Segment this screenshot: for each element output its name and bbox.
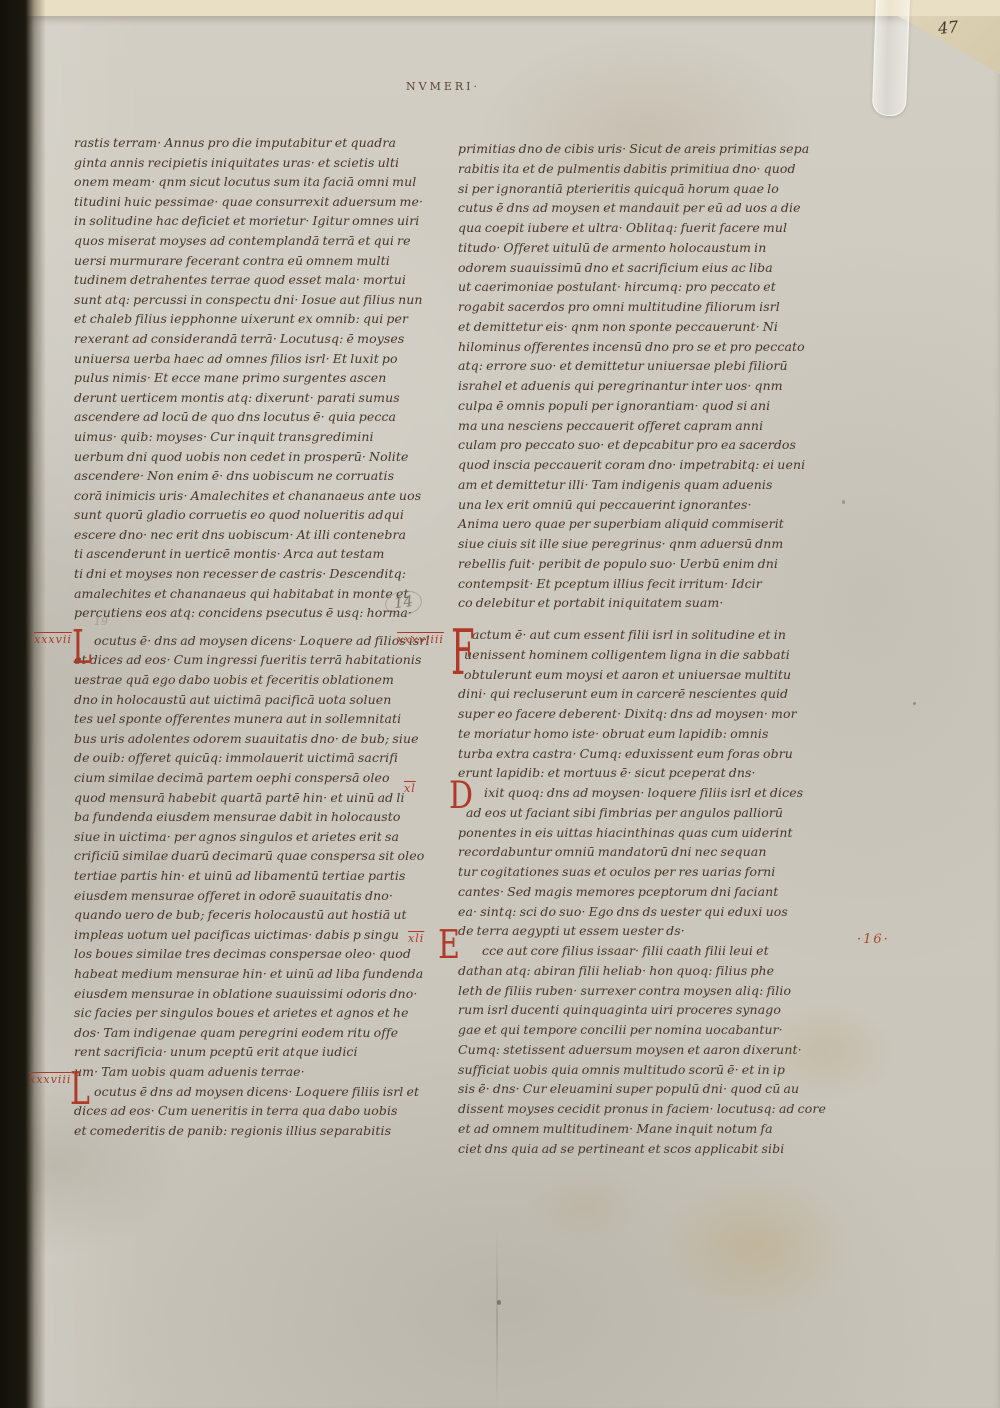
text-line: sufficiat uobis quia omnis multitudo sco… [458, 1060, 810, 1080]
pencil-note: 19 [94, 615, 108, 628]
text-line: obtulerunt eum moysi et aaron et uniuers… [458, 665, 810, 685]
text-line: super eo facere deberent· Dixitq: dns ad… [458, 704, 810, 724]
text-line: et comederitis de panib: regionis illius… [74, 1121, 426, 1141]
text-line: ixit quoq: dns ad moysen· loquere filiis… [458, 783, 810, 803]
text-line: te moriatur homo iste· obruat eum lapidi… [458, 724, 810, 744]
text-line: amalechites et chananaeus qui habitabat … [74, 584, 426, 604]
text-line: um· Tam uobis quam aduenis terrae· [74, 1062, 426, 1082]
text-line: cce aut core filius issaar· filii caath … [458, 941, 810, 961]
text-line: in solitudine hac deficiet et morietur· … [74, 211, 426, 231]
text-line: ocutus ē· dns ad moysen dicens· Loquere … [74, 631, 426, 651]
text-line: bus uris adolentes odorem suauitatis dno… [74, 729, 426, 749]
text-line: tudinem detrahentes terrae quod esset ma… [74, 270, 426, 290]
text-line: cium similae decimā partem oephi consper… [74, 768, 426, 788]
text-line: et demittetur eis· qnm non sponte peccau… [458, 317, 810, 337]
text-line: onem meam· qnm sicut locutus sum ita fac… [74, 172, 426, 192]
text-line: gae et qui tempore concilii per nomina u… [458, 1020, 810, 1040]
text-line: Anima uero quae per superbiam aliquid co… [458, 514, 810, 534]
text-line: tertiae partis hin· et uinū ad libamentū… [74, 866, 426, 886]
text-line: ponentes in eis uittas hiacinthinas quas… [458, 823, 810, 843]
text-line: quod mensurā habebit quartā partē hin· e… [74, 788, 426, 808]
text-line: crificiū similae duarū decimarū quae con… [74, 846, 426, 866]
text-line: ocutus ē dns ad moysen dicens· Loquere f… [74, 1082, 426, 1102]
text-line: pulus nimis· Et ecce mane primo surgente… [74, 368, 426, 388]
text-line: uniuersa uerba haec ad omnes filios isrl… [74, 349, 426, 369]
text-line: atq: errore suo· et demittetur uniuersae… [458, 356, 810, 376]
text-line: sunt quorū gladio corruetis eo quod nolu… [74, 505, 426, 525]
text-line: recordabuntur omniū mandatorū dni nec se… [458, 842, 810, 862]
text-line: ba fundenda eiusdem mensurae dabit in ho… [74, 807, 426, 827]
modern-chapter-note: ·16· [857, 932, 890, 947]
text-line: dices ad eos· Cum ueneritis in terra qua… [74, 1101, 426, 1121]
folio-number: 47 [937, 17, 959, 38]
text-line: sis ē· dns· Cur eleuamini super populū d… [458, 1079, 810, 1099]
chapter-numeral-37: xxxvii [34, 633, 72, 646]
text-line: siue ciuis sit ille siue peregrinus· qnm… [458, 534, 810, 554]
text-line: ea· sintq: sci do suo· Ego dns ds uester… [458, 902, 810, 922]
text-line: rogabit sacerdos pro omni multitudine fi… [458, 297, 810, 317]
text-line: ti ascenderunt in uerticē montis· Arca a… [74, 544, 426, 564]
text-line: qua coepit iubere et ultra· Oblitaq: fue… [458, 218, 810, 238]
text-line: rum isrl ducenti quinquaginta uiri proce… [458, 1000, 810, 1020]
text-line: tur cogitationes suas et oculos per res … [458, 862, 810, 882]
text-line: quod inscia peccauerit coram dno· impetr… [458, 455, 810, 475]
text-line: uersi murmurare fecerant contra eū omnem… [74, 251, 426, 271]
text-line: Cumq: stetissent aduersum moysen et aaro… [458, 1040, 810, 1060]
text-line: primitias dno de cibis uris· Sicut de ar… [458, 139, 810, 159]
chapter-numeral-40: xl [404, 782, 416, 795]
text-line: uimus· quib: moyses· Cur inquit transgre… [74, 427, 426, 447]
text-line: erunt lapidib: et mortuus ē· sicut pcepe… [458, 763, 810, 783]
text-line: de ouib: offeret quicūq: immolauerit uic… [74, 748, 426, 768]
rubric-initial-L-38: L [70, 1068, 90, 1113]
text-line: los boues similae tres decimas conspersa… [74, 944, 426, 964]
text-line: escere dno· nec erit dns uobiscum· At il… [74, 525, 426, 545]
text-line: ti dni et moyses non recesser de castris… [74, 564, 426, 584]
text-line: culpa ē omnis populi per ignorantiam· qu… [458, 396, 810, 416]
plastic-page-clip [872, 0, 910, 117]
chapter-numeral-39: xxxviiii [397, 633, 444, 646]
chapter-numeral-38: xxxviii [29, 1073, 71, 1086]
text-line: rent sacrificia· unum pceptū erit atque … [74, 1042, 426, 1062]
text-line: sic facies per singulos boues et arietes… [74, 1003, 426, 1023]
manuscript-photo: NVMERI· 47 rastis terram· Annus pro die … [0, 0, 1000, 1408]
text-line: ad eos ut faciant sibi fimbrias per angu… [458, 803, 810, 823]
text-line: cutus ē dns ad moysen et mandauit per eū… [458, 198, 810, 218]
text-line: rebellis fuit· peribit de populo suo· Ue… [458, 554, 810, 574]
text-line: ma una nesciens peccauerit offeret capra… [458, 416, 810, 436]
text-line: ascendere ad locū de quo dns locutus ē· … [74, 407, 426, 427]
text-line: leth de filiis ruben· surrexer contra mo… [458, 981, 810, 1001]
text-line: rexerant ad considerandā terrā· Locutusq… [74, 329, 426, 349]
ink-speck [842, 500, 845, 504]
text-line: eiusdem mensurae offeret in odorē suauit… [74, 886, 426, 906]
text-line: ut caerimoniae postulant· hircumq: pro p… [458, 277, 810, 297]
text-line: impleas uotum uel pacificas uictimas· da… [74, 925, 426, 945]
text-line: israhel et aduenis qui peregrinantur int… [458, 376, 810, 396]
text-line: quos miserat moyses ad contemplandā terr… [74, 231, 426, 251]
text-line: uerbum dni quod uobis non cedet in prosp… [74, 447, 426, 467]
text-line: cantes· Sed magis memores pceptorum dni … [458, 882, 810, 902]
text-line: dos· Tam indigenae quam peregrini eodem … [74, 1023, 426, 1043]
text-line: percutiens eos atq: concidens psecutus ē… [74, 603, 426, 623]
rubric-initial-D-40: D [449, 778, 473, 816]
text-line: titudo· Offeret uitulū de armento holoca… [458, 238, 810, 258]
rubric-initial-L-37: L [72, 626, 92, 673]
binding-gutter-shadow [0, 0, 46, 1408]
text-line: de terra aegypti ut essem uester ds· [458, 921, 810, 941]
text-line: et ad omnem multitudinem· Mane inquit no… [458, 1119, 810, 1139]
text-line: odorem suauissimū dno et sacrificium eiu… [458, 258, 810, 278]
text-line: siue in uictima· per agnos singulos et a… [74, 827, 426, 847]
ink-speck [497, 1300, 501, 1305]
text-line: eiusdem mensurae in oblatione suauissimi… [74, 984, 426, 1004]
text-line: et chaleb filius iepphonne uixerunt ex o… [74, 309, 426, 329]
text-line: quando uero de bub; feceris holocaustū a… [74, 905, 426, 925]
text-line: titudini huic pessimae· quae consurrexit… [74, 192, 426, 212]
text-line: dissent moyses cecidit pronus in faciem·… [458, 1099, 810, 1119]
text-line: dathan atq: abiran filii heliab· hon quo… [458, 961, 810, 981]
text-line: hilominus offerentes incensū dno pro se … [458, 337, 810, 357]
text-line: dini· qui recluserunt eum in carcerē nes… [458, 684, 810, 704]
parchment-crease [496, 1230, 498, 1408]
text-line: ginta annis recipietis iniquitates uras·… [74, 153, 426, 173]
text-line: turba extra castra· Cumq: eduxissent eum… [458, 744, 810, 764]
text-line: contempsit· Et pceptum illius fecit irri… [458, 574, 810, 594]
text-line: tes uel sponte offerentes munera aut in … [74, 709, 426, 729]
text-line: corā inimicis uris· Amalechites et chana… [74, 486, 426, 506]
text-line: habeat medium mensurae hin· et uinū ad l… [74, 964, 426, 984]
text-line: uestrae quā ego dabo uobis et feceritis … [74, 670, 426, 690]
right-text-column: primitias dno de cibis uris· Sicut de ar… [458, 139, 810, 1158]
rubric-initial-F-39: F [451, 622, 475, 685]
text-line: derunt uerticem montis atq: dixerunt· pa… [74, 388, 426, 408]
text-line: dno in holocaustū aut uictimā pacificā u… [74, 690, 426, 710]
rubric-initial-E-41: E [438, 927, 460, 966]
text-line: rastis terram· Annus pro die imputabitur… [74, 133, 426, 153]
text-line: et dices ad eos· Cum ingressi fueritis t… [74, 650, 426, 670]
left-text-column: rastis terram· Annus pro die imputabitur… [74, 133, 426, 1140]
text-line: uenissent hominem colligentem ligna in d… [458, 645, 810, 665]
text-line: ciet dns quia ad se pertineant et scos a… [458, 1139, 810, 1159]
text-line: actum ē· aut cum essent filii isrl in so… [458, 625, 810, 645]
running-header: NVMERI· [406, 80, 480, 93]
text-line: una lex erit omniū qui peccauerint ignor… [458, 495, 810, 515]
text-line: ascendere· Non enim ē· dns uobiscum ne c… [74, 466, 426, 486]
text-line: si per ignorantiā pterieritis quicquā ho… [458, 179, 810, 199]
text-line: co delebitur et portabit iniquitatem sua… [458, 593, 810, 613]
chapter-numeral-41: xli [408, 932, 424, 945]
text-line: culam pro peccato suo· et depcabitur pro… [458, 435, 810, 455]
ink-speck [913, 702, 916, 705]
text-line: rabitis ita et de pulmentis dabitis prim… [458, 159, 810, 179]
text-line: am et demittetur illi· Tam indigenis qua… [458, 475, 810, 495]
text-line: sunt atq: percussi in conspectu dni· Ios… [74, 290, 426, 310]
